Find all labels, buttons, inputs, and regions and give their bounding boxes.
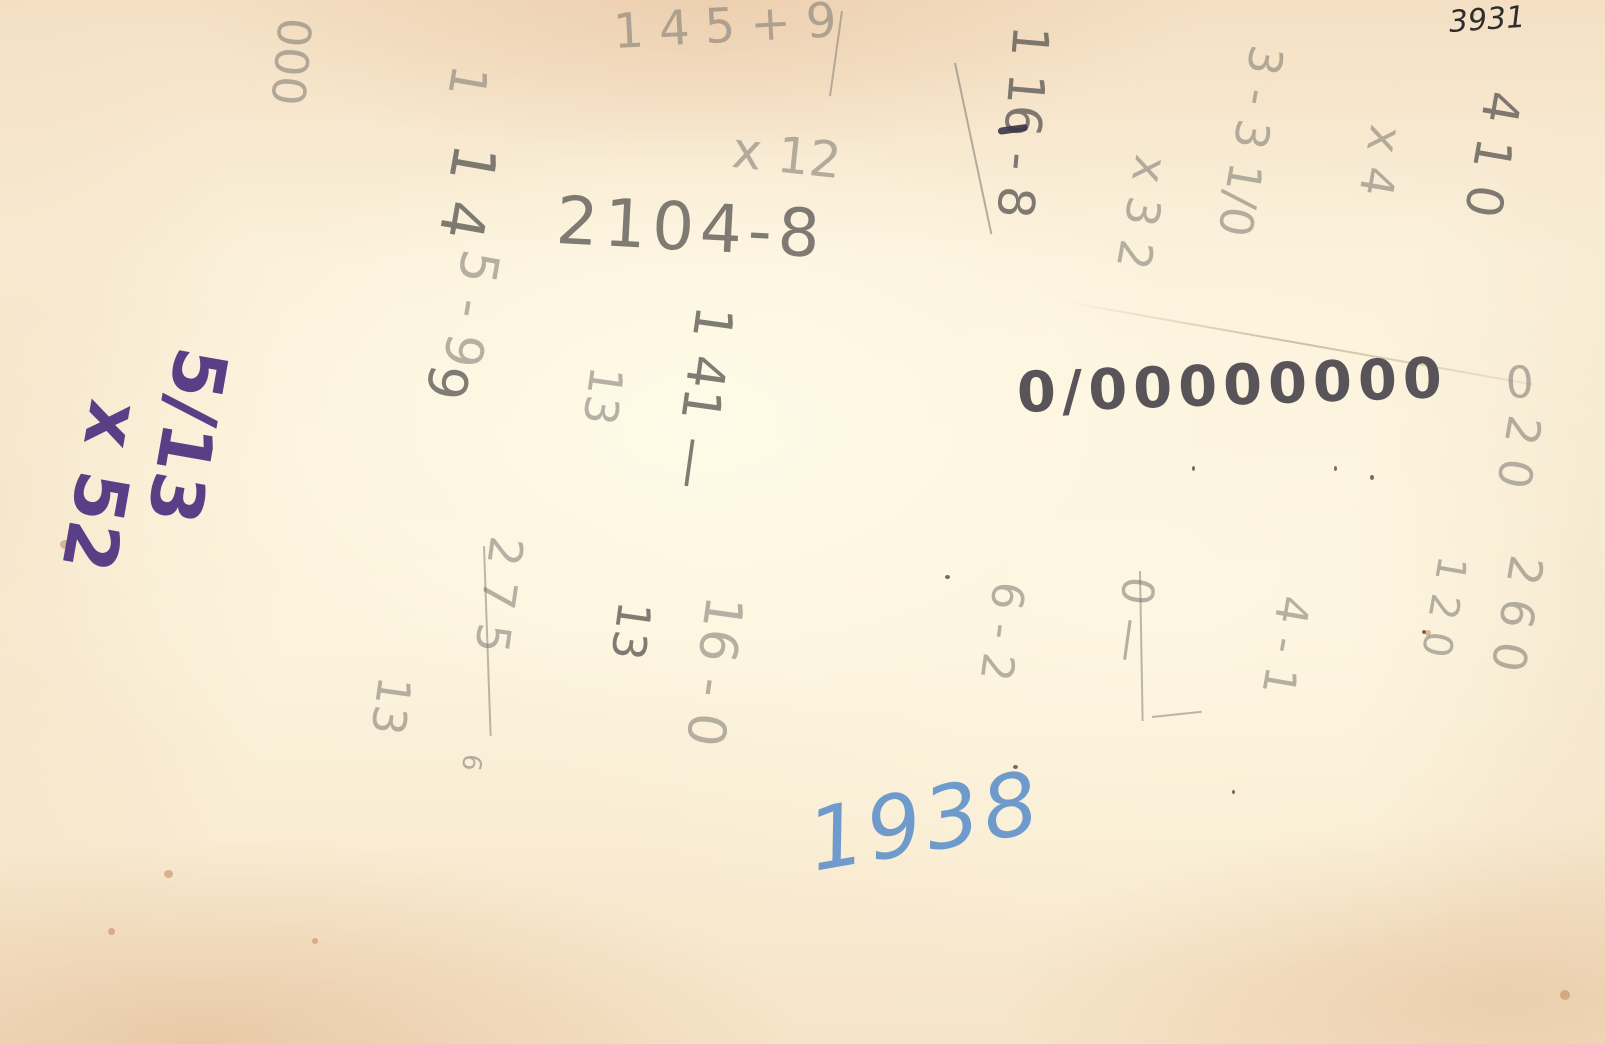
year-stamp: 1938 [802,759,1048,884]
faint-zeros: 000 [265,16,318,107]
ink-dot [1192,466,1195,471]
right-edge-b: 2 0 [1490,412,1548,492]
upper-right-diag-c: x 4 [1352,122,1410,200]
ink-dot [1334,466,1337,471]
ruled-line [1152,711,1202,718]
catalog-number: 3931 [1448,3,1526,38]
foxing-spot [1560,990,1570,1000]
left-vertical-3: 5 - 9 [434,246,506,371]
mid-lower-b: 0 — [1104,574,1160,665]
foxing-spot [164,870,173,878]
lower-left-b: 13 [364,674,418,738]
center-column-a: 1 41 — [663,303,740,493]
upper-right-vertical: 1 16 - 8 [989,24,1056,221]
lower-left-c: 6 [457,752,485,772]
left-vertical-1: 1 [440,61,495,101]
upper-right-diag-a: 3 - 3 1/0 [1211,42,1290,240]
violet-calc-line2: x 52 [51,395,152,577]
right-edge-a: 4 1 0 [1457,87,1528,221]
mid-lower-a: 6 - 2 [973,579,1030,684]
main-figure: 2104-8 [555,188,828,268]
ink-dot [1232,790,1235,794]
foxing-spot [108,928,115,935]
upper-right-diag-b: x 3 2 [1110,152,1175,273]
center-small-a: 13 [576,364,630,428]
ink-dot [1370,475,1374,480]
foxing-spot [312,938,318,944]
card-back: 3931 1 4 5 + 9 x 12 2104-8 000 1 1 4 5 -… [0,0,1605,1044]
top-sum: 1 4 5 + 9 [612,0,838,56]
lower-left-a: 2 7 5 [468,534,530,656]
multiplier-top: x 12 [730,125,844,186]
zero-row: 0/00000000 [1016,351,1449,422]
ink-dot [945,575,950,579]
center-column-b: 16 - 0 [677,593,750,750]
center-small-b: 13 [604,599,658,663]
right-edge-d: 1 2 0 [1415,553,1472,660]
right-edge-c: 2 6 0 [1484,552,1550,675]
left-vertical-2: 1 4 [429,140,505,244]
right-lower-a: 4 - 1 [1254,592,1315,698]
zero-row-tail: 0 [1505,361,1535,406]
